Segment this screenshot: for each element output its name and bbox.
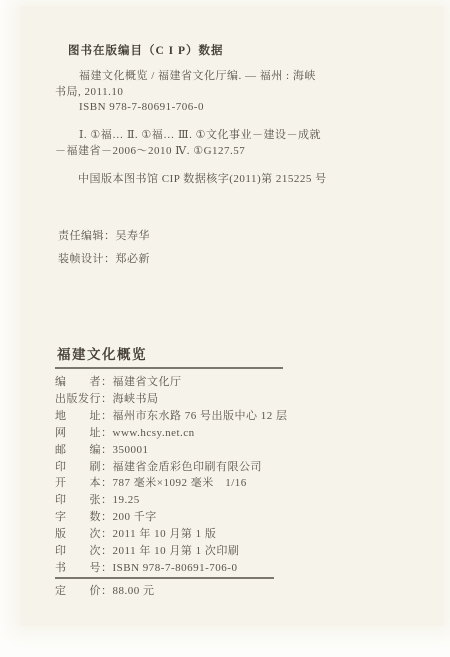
title-rule: [55, 367, 283, 369]
cip-registry-line: 中国版本图书馆 CIP 数据核字(2011)第 215225 号: [78, 170, 327, 186]
info-value: ISBN 978-7-80691-706-0: [113, 560, 238, 577]
publication-info-list: 编 者：福建省文化厅 出版发行：海峡书局 地 址：福州市东水路 76 号出版中心…: [55, 374, 288, 577]
cip-heading: 图书在版编目（C I P）数据: [68, 42, 224, 58]
info-row-website: 网 址：www.hcsy.net.cn: [55, 425, 288, 442]
editor-credit-label: 责任编辑：: [58, 230, 116, 242]
cip-record-line-2: 书局, 2011.10: [55, 85, 355, 101]
info-value: 福建省文化厅: [113, 374, 182, 391]
info-label: 书 号：: [55, 560, 113, 577]
info-value: 2011 年 10 月第 1 版: [113, 526, 217, 543]
info-row-isbn: 书 号：ISBN 978-7-80691-706-0: [55, 560, 288, 577]
info-row-format: 开 本：787 毫米×1092 毫米 1/16: [55, 475, 288, 492]
info-value: 2011 年 10 月第 1 次印刷: [113, 543, 240, 560]
book-copyright-page: 图书在版编目（C I P）数据 福建文化概览 / 福建省文化厅编. — 福州 :…: [20, 6, 444, 626]
info-label: 印 刷：: [55, 459, 113, 476]
info-value: 福州市东水路 76 号出版中心 12 层: [113, 408, 288, 425]
info-row-address: 地 址：福州市东水路 76 号出版中心 12 层: [55, 408, 288, 425]
info-value: 787 毫米×1092 毫米 1/16: [113, 475, 247, 492]
info-label: 字 数：: [55, 509, 113, 526]
designer-credit-row: 装帧设计：郑必新: [58, 248, 150, 271]
info-row-sheets: 印 张：19.25: [55, 492, 288, 509]
info-label: 出版发行：: [55, 391, 113, 408]
info-label: 印 张：: [55, 492, 113, 509]
info-row-publisher: 出版发行：海峡书局: [55, 391, 288, 408]
info-label: 邮 编：: [55, 442, 113, 459]
info-value: 350001: [113, 442, 149, 459]
info-row-postcode: 邮 编：350001: [55, 442, 288, 459]
info-row-editor: 编 者：福建省文化厅: [55, 374, 288, 391]
designer-credit-label: 装帧设计：: [58, 253, 116, 265]
cip-classification-line-1: Ⅰ. ①福… Ⅱ. ①福… Ⅲ. ①文化事业－建设－成就: [55, 128, 365, 144]
info-label: 地 址：: [55, 408, 113, 425]
info-row-printing: 印 次：2011 年 10 月第 1 次印刷: [55, 543, 288, 560]
info-value: 福建省金盾彩色印刷有限公司: [113, 459, 263, 476]
designer-credit-value: 郑必新: [116, 253, 151, 265]
info-label: 编 者：: [55, 374, 113, 391]
info-value: 海峡书局: [113, 391, 159, 408]
info-row-edition: 版 次：2011 年 10 月第 1 版: [55, 526, 288, 543]
price-label: 定 价：: [55, 582, 113, 598]
info-value: www.hcsy.net.cn: [113, 425, 195, 442]
price-rule: [55, 577, 274, 579]
info-value: 200 千字: [113, 509, 157, 526]
credits-block: 责任编辑：吴寿华 装帧设计：郑必新: [58, 225, 150, 270]
info-label: 开 本：: [55, 475, 113, 492]
cip-classification-line-2: －福建省－2006～2010 Ⅳ. ①G127.57: [55, 144, 365, 160]
cip-record-line-1: 福建文化概览 / 福建省文化厅编. — 福州 : 海峡: [55, 69, 355, 85]
info-value: 19.25: [113, 492, 140, 509]
info-label: 印 次：: [55, 543, 113, 560]
info-row-wordcount: 字 数：200 千字: [55, 509, 288, 526]
info-label: 版 次：: [55, 526, 113, 543]
book-title: 福建文化概览: [57, 343, 147, 363]
price-row: 定 价：88.00 元: [55, 582, 155, 598]
editor-credit-row: 责任编辑：吴寿华: [58, 225, 150, 248]
isbn-line: ISBN 978-7-80691-706-0: [55, 100, 355, 116]
editor-credit-value: 吴寿华: [116, 230, 151, 242]
price-value: 88.00 元: [113, 582, 155, 598]
info-row-printer: 印 刷：福建省金盾彩色印刷有限公司: [55, 459, 288, 476]
cip-record-paragraph: 福建文化概览 / 福建省文化厅编. — 福州 : 海峡 书局, 2011.10 …: [55, 69, 355, 116]
info-label: 网 址：: [55, 425, 113, 442]
cip-classification-paragraph: Ⅰ. ①福… Ⅱ. ①福… Ⅲ. ①文化事业－建设－成就 －福建省－2006～2…: [55, 128, 365, 159]
